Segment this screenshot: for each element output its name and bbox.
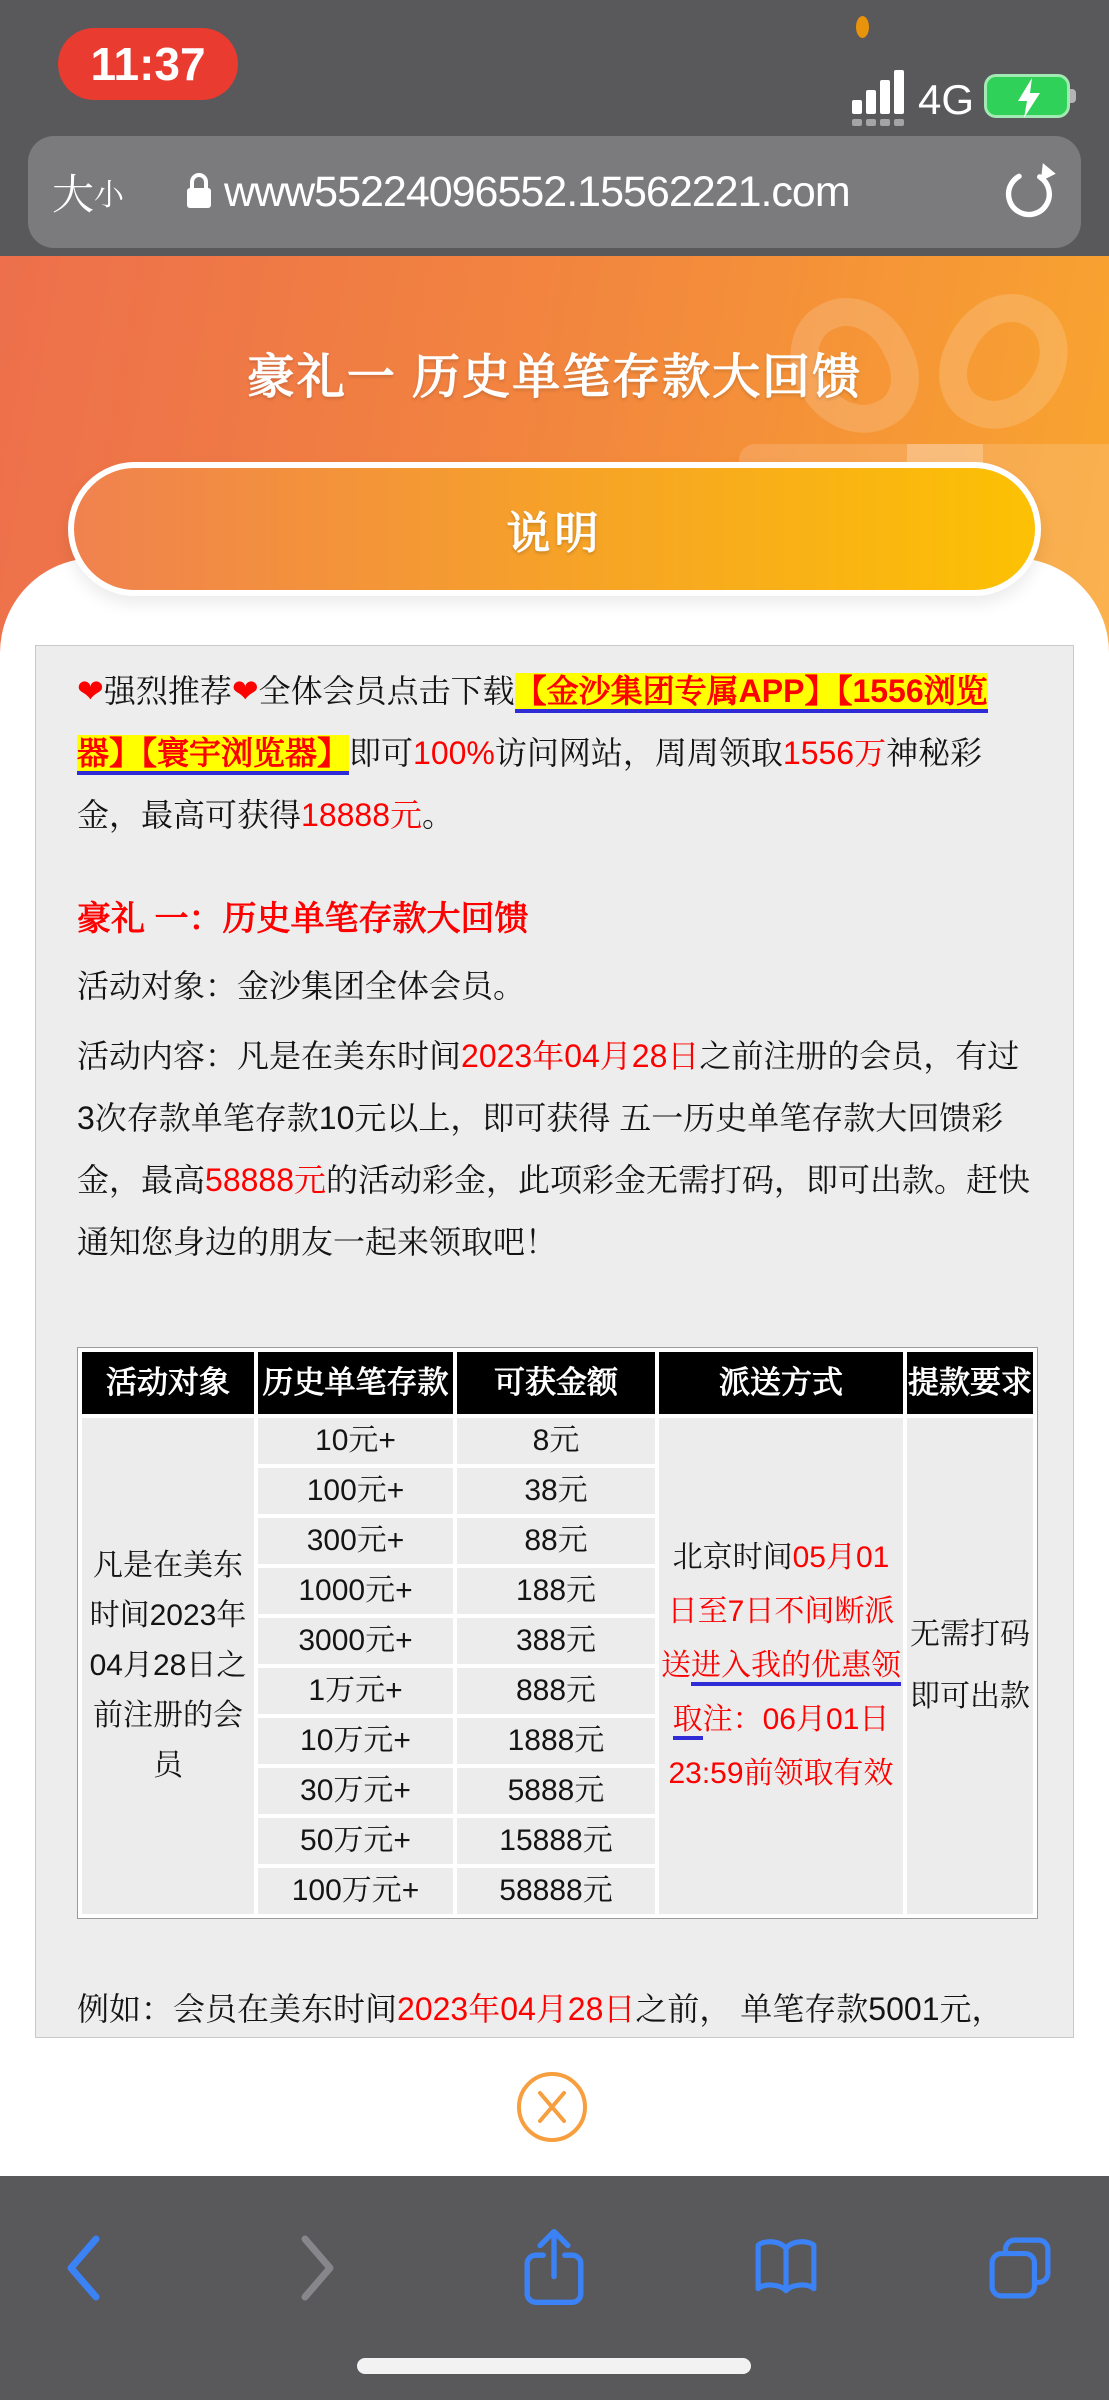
tabs-button[interactable] [975,2220,1065,2316]
deposit-cell: 300元+ [258,1518,453,1564]
table-body: 凡是在美东时间2023年04月28日之前注册的会员10元+8元北京时间05月01… [82,1418,1033,1914]
intro-paragraph: ❤强烈推荐❤全体会员点击下载【金沙集团专属APP】【1556浏览器】【寰宇浏览器… [77,660,1032,846]
text-segment: 全体会员点击下载 [259,673,515,709]
amount-cell: 888元 [457,1668,655,1714]
text-segment: 58888元 [205,1162,326,1198]
book-icon [753,2237,819,2299]
url-bar[interactable]: 大 小 www55224096552.15562221.com [28,136,1081,248]
header-cell-deposit: 历史单笔存款 [258,1352,453,1414]
forward-chevron-icon [298,2233,338,2303]
text-segment: 100% [413,735,495,771]
text-segment: ❤ [232,673,259,709]
amount-cell: 15888元 [457,1818,655,1864]
text-segment: 例如：会员在美东时间 [77,1991,397,2027]
text-segment: 18888元 [301,797,422,833]
url-text[interactable]: www55224096552.15562221.com [224,136,850,248]
text-segment: 2023年04月28日 [461,1038,699,1074]
text-segment: 1556万 [783,735,886,771]
text-segment: 即可 [349,735,413,771]
notice-button[interactable]: 说明 [68,462,1041,596]
lock-icon [183,170,215,219]
share-icon [524,2227,584,2309]
amount-cell: 58888元 [457,1868,655,1914]
cellular-signal-icon [852,70,908,126]
delivery-cell: 北京时间05月01日至7日不间断派送进入我的优惠领取注：06月01日23:59前… [659,1418,903,1914]
text-segment: 注：06月01日23:59前领取有效 [668,1703,893,1790]
status-bar: 11:37 4G 大 小 www55224096 [0,0,1109,256]
header-cell-withdraw: 提款要求 [907,1352,1033,1414]
header-cell-amount: 可获金额 [457,1352,655,1414]
rewards-table: 活动对象 历史单笔存款 可获金额 派送方式 提款要求 凡是在美东时间2023年0… [77,1347,1038,1919]
amount-cell: 8元 [457,1418,655,1464]
deposit-cell: 100元+ [258,1468,453,1514]
audience-cell: 凡是在美东时间2023年04月28日之前注册的会员 [82,1418,254,1914]
tabs-icon [988,2236,1052,2300]
forward-button[interactable] [273,2220,363,2316]
home-indicator[interactable] [357,2358,751,2374]
notice-button-label: 说明 [507,497,603,561]
text-segment: ❤ [77,673,104,709]
reader-small-label: 小 [94,170,124,214]
battery-charging-icon [984,74,1070,118]
deposit-cell: 1000元+ [258,1568,453,1614]
header-cell-audience: 活动对象 [82,1352,254,1414]
text-segment: 北京时间 [673,1541,793,1574]
lightning-bolt-icon [1014,76,1044,120]
promo-panel: ❤强烈推荐❤全体会员点击下载【金沙集团专属APP】【1556浏览器】【寰宇浏览器… [35,645,1074,2038]
page-title: 豪礼一 历史单笔存款大回馈 [0,338,1109,407]
amount-cell: 5888元 [457,1768,655,1814]
share-button[interactable] [509,2220,599,2316]
deposit-cell: 1万元+ [258,1668,453,1714]
amount-cell: 38元 [457,1468,655,1514]
example-paragraph: 例如：会员在美东时间2023年04月28日之前， 单笔存款5001元， 获得彩金… [77,1978,1032,2038]
withdraw-cell: 无需打码即可出款 [907,1418,1033,1914]
deposit-cell: 50万元+ [258,1818,453,1864]
deposit-cell: 3000元+ [258,1618,453,1664]
amount-cell: 388元 [457,1618,655,1664]
table-header-row: 活动对象 历史单笔存款 可获金额 派送方式 提款要求 [82,1352,1033,1414]
reader-text-size-control[interactable]: 大 小 [52,136,124,248]
close-button[interactable] [517,2072,587,2142]
content-paragraph: 活动内容：凡是在美东时间2023年04月28日之前注册的会员，有过3次存款单笔存… [77,1025,1032,1273]
deposit-cell: 10万元+ [258,1718,453,1764]
back-chevron-icon [63,2233,103,2303]
bookmarks-button[interactable] [741,2220,831,2316]
browser-screen: 11:37 4G 大 小 www55224096 [0,0,1109,2400]
table-row: 凡是在美东时间2023年04月28日之前注册的会员10元+8元北京时间05月01… [82,1418,1033,1464]
reader-large-label: 大 [52,162,94,222]
section-heading: 豪礼 一：历史单笔存款大回馈 [77,888,1032,950]
text-segment: 2023年04月28日 [397,1991,635,2027]
text-segment: 强烈推荐 [104,673,232,709]
header-cell-delivery: 派送方式 [659,1352,903,1414]
amount-cell: 188元 [457,1568,655,1614]
refresh-button[interactable] [1001,162,1059,222]
network-type-label: 4G [918,76,974,124]
time-pill[interactable]: 11:37 [58,28,238,100]
audience-paragraph: 活动对象：金沙集团全体会员。 [77,955,1032,1017]
text-segment: 。 [422,797,454,833]
text-segment: 活动内容：凡是在美东时间 [77,1038,461,1074]
deposit-cell: 30万元+ [258,1768,453,1814]
amount-cell: 1888元 [457,1718,655,1764]
text-segment: 访问网站，周周领取 [495,735,783,771]
deposit-cell: 100万元+ [258,1868,453,1914]
recording-indicator-dot [856,16,869,38]
amount-cell: 88元 [457,1518,655,1564]
deposit-cell: 10元+ [258,1418,453,1464]
back-button[interactable] [38,2220,128,2316]
close-icon [533,2088,571,2126]
refresh-icon [1001,162,1059,222]
